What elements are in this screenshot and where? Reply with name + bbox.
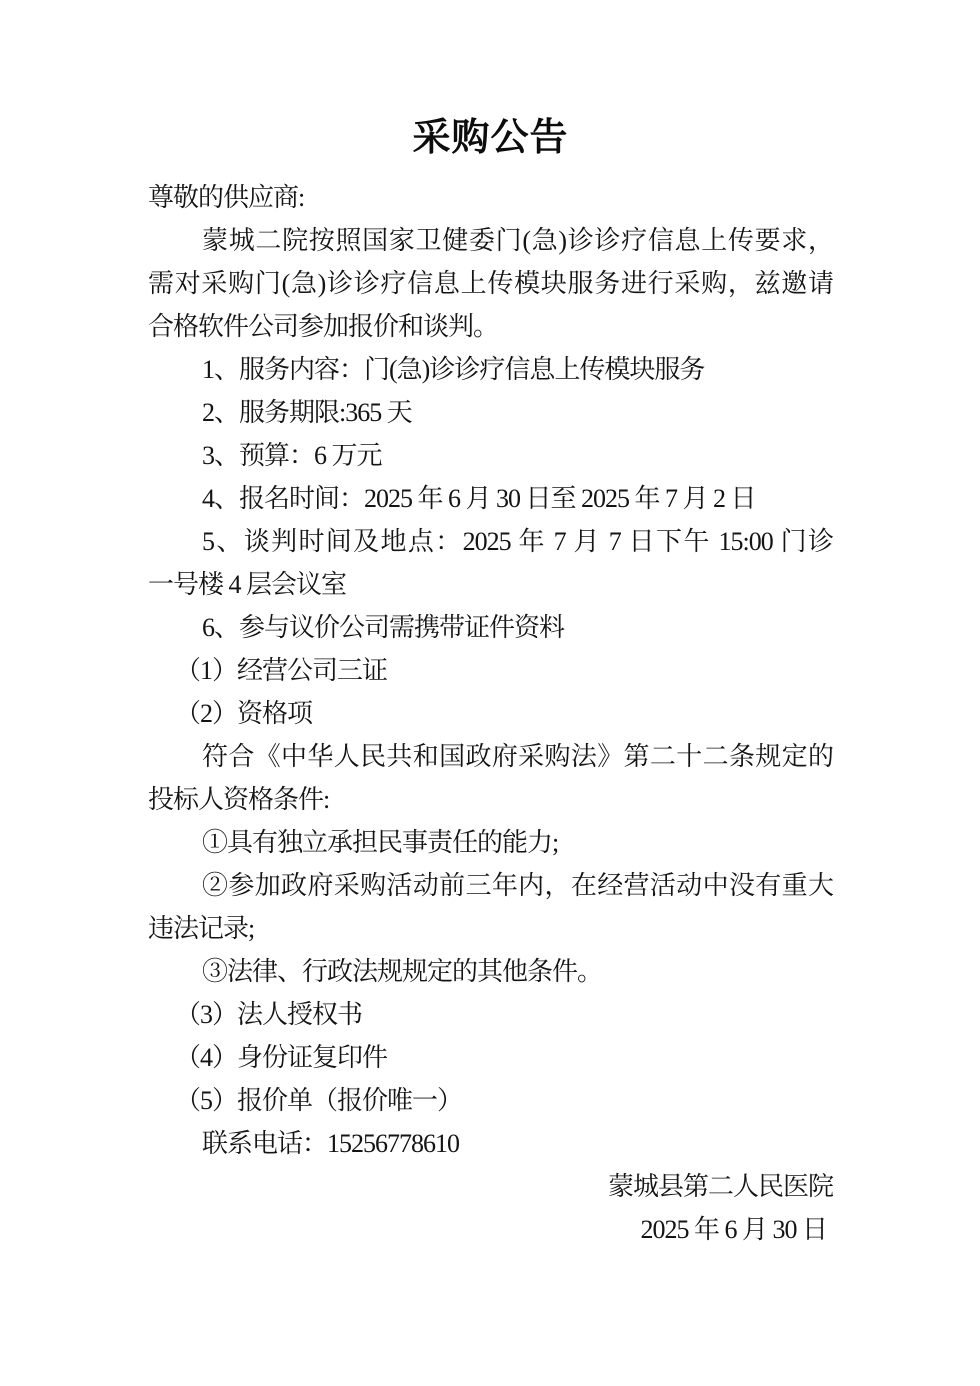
document-line: 2025 年 6 月 30 日 bbox=[148, 1208, 833, 1251]
document-line: （5）报价单（报价唯一） bbox=[148, 1079, 833, 1122]
document-body: 尊敬的供应商:蒙城二院按照国家卫健委门(急)诊诊疗信息上传要求，需对采购门(急)… bbox=[148, 176, 833, 1251]
document-line: ①具有独立承担民事责任的能力; bbox=[148, 821, 833, 864]
document-line: 需对采购门(急)诊诊疗信息上传模块服务进行采购，兹邀请 bbox=[148, 262, 833, 305]
document-title: 采购公告 bbox=[148, 112, 833, 164]
document-line: 违法记录; bbox=[148, 907, 833, 950]
document-line: 一号楼 4 层会议室 bbox=[148, 563, 833, 606]
document-line: 投标人资格条件: bbox=[148, 778, 833, 821]
document-line: 符合《中华人民共和国政府采购法》第二十二条规定的 bbox=[148, 735, 833, 778]
document-line: 合格软件公司参加报价和谈判。 bbox=[148, 305, 833, 348]
document-line: 联系电话：15256778610 bbox=[148, 1122, 833, 1165]
document-page: 采购公告 尊敬的供应商:蒙城二院按照国家卫健委门(急)诊诊疗信息上传要求，需对采… bbox=[0, 0, 980, 1386]
document-line: 蒙城二院按照国家卫健委门(急)诊诊疗信息上传要求， bbox=[148, 219, 833, 262]
document-line: 5、谈判时间及地点：2025 年 7 月 7 日下午 15:00 门诊 bbox=[148, 520, 833, 563]
document-line: （1）经营公司三证 bbox=[148, 649, 833, 692]
document-line: 蒙城县第二人民医院 bbox=[148, 1165, 833, 1208]
document-line: ②参加政府采购活动前三年内，在经营活动中没有重大 bbox=[148, 864, 833, 907]
document-line: 6、参与议价公司需携带证件资料 bbox=[148, 606, 833, 649]
document-line: 尊敬的供应商: bbox=[148, 176, 833, 219]
document-line: 1、服务内容：门(急)诊诊疗信息上传模块服务 bbox=[148, 348, 833, 391]
document-line: 3、预算：6 万元 bbox=[148, 434, 833, 477]
document-line: （2）资格项 bbox=[148, 692, 833, 735]
document-line: （3）法人授权书 bbox=[148, 993, 833, 1036]
document-line: 4、报名时间：2025 年 6 月 30 日至 2025 年 7 月 2 日 bbox=[148, 477, 833, 520]
document-line: （4）身份证复印件 bbox=[148, 1036, 833, 1079]
document-line: ③法律、行政法规规定的其他条件。 bbox=[148, 950, 833, 993]
document-line: 2、服务期限:365 天 bbox=[148, 391, 833, 434]
